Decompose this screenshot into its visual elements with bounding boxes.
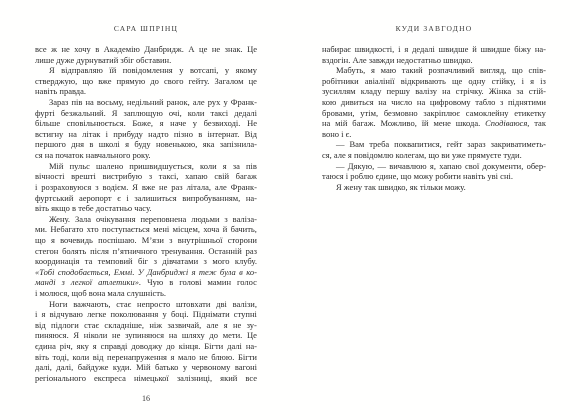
text-line: навіть правда. <box>35 86 257 97</box>
text-line: зусиллямкладупершувалізунастрічку.Жінказ… <box>322 86 546 97</box>
text-line: далі,далі,байдужекуди.Мійбатькоучервоном… <box>35 362 257 373</box>
page-number: 16 <box>35 394 257 403</box>
text-line: фуртібезжальний.Язаплющуюочі,колитаксіде… <box>35 108 257 119</box>
text-line: встигнуналітакіприбудунадтопізновінтерна… <box>35 129 257 140</box>
text-line: віть якщо в тебе достатньо часу. <box>35 203 257 214</box>
text-line: Мійпульсшаленопришвидшується,колиязапів <box>35 161 257 172</box>
text-line: Явідправляюїйповідомленняувотсапі,уякому <box>35 65 257 76</box>
text-line: «Тобісподобається,Еммі.УДанбриджіятежбул… <box>35 267 257 278</box>
text-line: —Дякую,—вичавлююя,хапаюсвоїдокументи,обе… <box>322 161 546 172</box>
text-line: Мабуть,ямаютакийрозпачливийвигляд,щоспів… <box>322 65 546 76</box>
text-line: вітьтоді,коливідперенапруженняямалонеблю… <box>35 352 257 363</box>
text-line: ся, але я повідомлю колегам, що ви уже п… <box>322 150 546 161</box>
text-line: лише дуже дурнуватий збіг обставин. <box>35 55 257 66</box>
text-line: фуртськийаеропортєізалишитьсявипробуванн… <box>35 193 257 204</box>
text-line: вічностіврештівистрибуюзтаксі,хапаюсвійб… <box>35 171 257 182</box>
text-line: першогоднявшколіябудуновенькою,яказапізн… <box>35 139 257 150</box>
page-right: КУДИ ЗАВГОДНО набираєшвидкості,іядедаліш… <box>322 0 546 420</box>
text-line: коюдивитьсяначислонацифровомутаблозпідня… <box>322 97 546 108</box>
running-header-right: КУДИ ЗАВГОДНО <box>322 24 546 34</box>
text-line: ми.Небагатохтопоступаєтьсяменімісцем,хоч… <box>35 224 257 235</box>
text-line: мандізлегкоїатлетики».Чуювголовімамингол… <box>35 277 257 288</box>
text-line: і молюся, щоб вона мала слушність. <box>35 288 257 299</box>
text-line: іявідчуваюлегкепоколюванняубоці.Піднімат… <box>35 309 257 320</box>
text-line: —Вамтребапоквапитися,гейтзараззакриватим… <box>322 139 546 150</box>
text-line: таюся і роблю єдине, що можу робити наві… <box>322 171 546 182</box>
text-line: єдинаріч,якуясправдідоводжудокінця.Бігти… <box>35 341 257 352</box>
text-line: Заразпівнавосьму,недільнийранок,алерухуФ… <box>35 97 257 108</box>
page-body-text: набираєшвидкості,іядедалішвидшейшвидшебі… <box>322 44 546 193</box>
text-line: відпідлогистаєскладніше,ніжзазвичай,алея… <box>35 320 257 331</box>
text-line: Жену.Залаочікуванняпереповненалюдьмизвал… <box>35 214 257 225</box>
page-left: САРА ШПРІНЦ всежнехочувАкадеміюДанбридж.… <box>35 0 257 420</box>
text-line: щоявочевидьпоспішаю.М’язизвнутрішньоїсто… <box>35 235 257 246</box>
text-line: більшесповільнюється.Боже,яначеубезвиход… <box>35 118 257 129</box>
text-line: воно і є. <box>322 129 546 140</box>
running-header-left: САРА ШПРІНЦ <box>35 24 257 34</box>
text-line: вздогін. Але завжди недостатньо швидко. <box>322 55 546 66</box>
text-line: всежнехочувАкадеміюДанбридж.Аценезнак.Це <box>35 44 257 55</box>
text-line: стверджую,щовжепрямуюдосвогогейту.Загало… <box>35 76 257 87</box>
text-line: пиняюся.Яніколинезупиняюсянашляхудомети.… <box>35 330 257 341</box>
text-line: ірозраховуюсязводієм.Явженеразлітала,але… <box>35 182 257 193</box>
text-line: набираєшвидкості,іядедалішвидшейшвидшебі… <box>322 44 546 55</box>
text-line: бровами,утім,безмовнозакріплюєсамоклейну… <box>322 108 546 119</box>
text-line: намійбагаж.Можливо,їйменешкода.Сподіваюс… <box>322 118 546 129</box>
text-line: координаціятатемповийбігздівчатамизмогок… <box>35 256 257 267</box>
book-spread: САРА ШПРІНЦ всежнехочувАкадеміюДанбридж.… <box>0 0 580 420</box>
text-line: стегонболятьпісляп’ятничноготренування.О… <box>35 246 257 257</box>
text-line: регіональногоекспресанімецькоїзалізниці,… <box>35 373 257 384</box>
page-body-text: всежнехочувАкадеміюДанбридж.Аценезнак.Це… <box>35 44 257 384</box>
text-line: робітникиавіалініївідкриваютьщеоднустійк… <box>322 76 546 87</box>
text-line: Ногиважчають,стаєнепростоштовхатидвівалі… <box>35 299 257 310</box>
text-line: Я жену так швидко, як тільки можу. <box>322 182 546 193</box>
text-line: ся на початок навчального року. <box>35 150 257 161</box>
